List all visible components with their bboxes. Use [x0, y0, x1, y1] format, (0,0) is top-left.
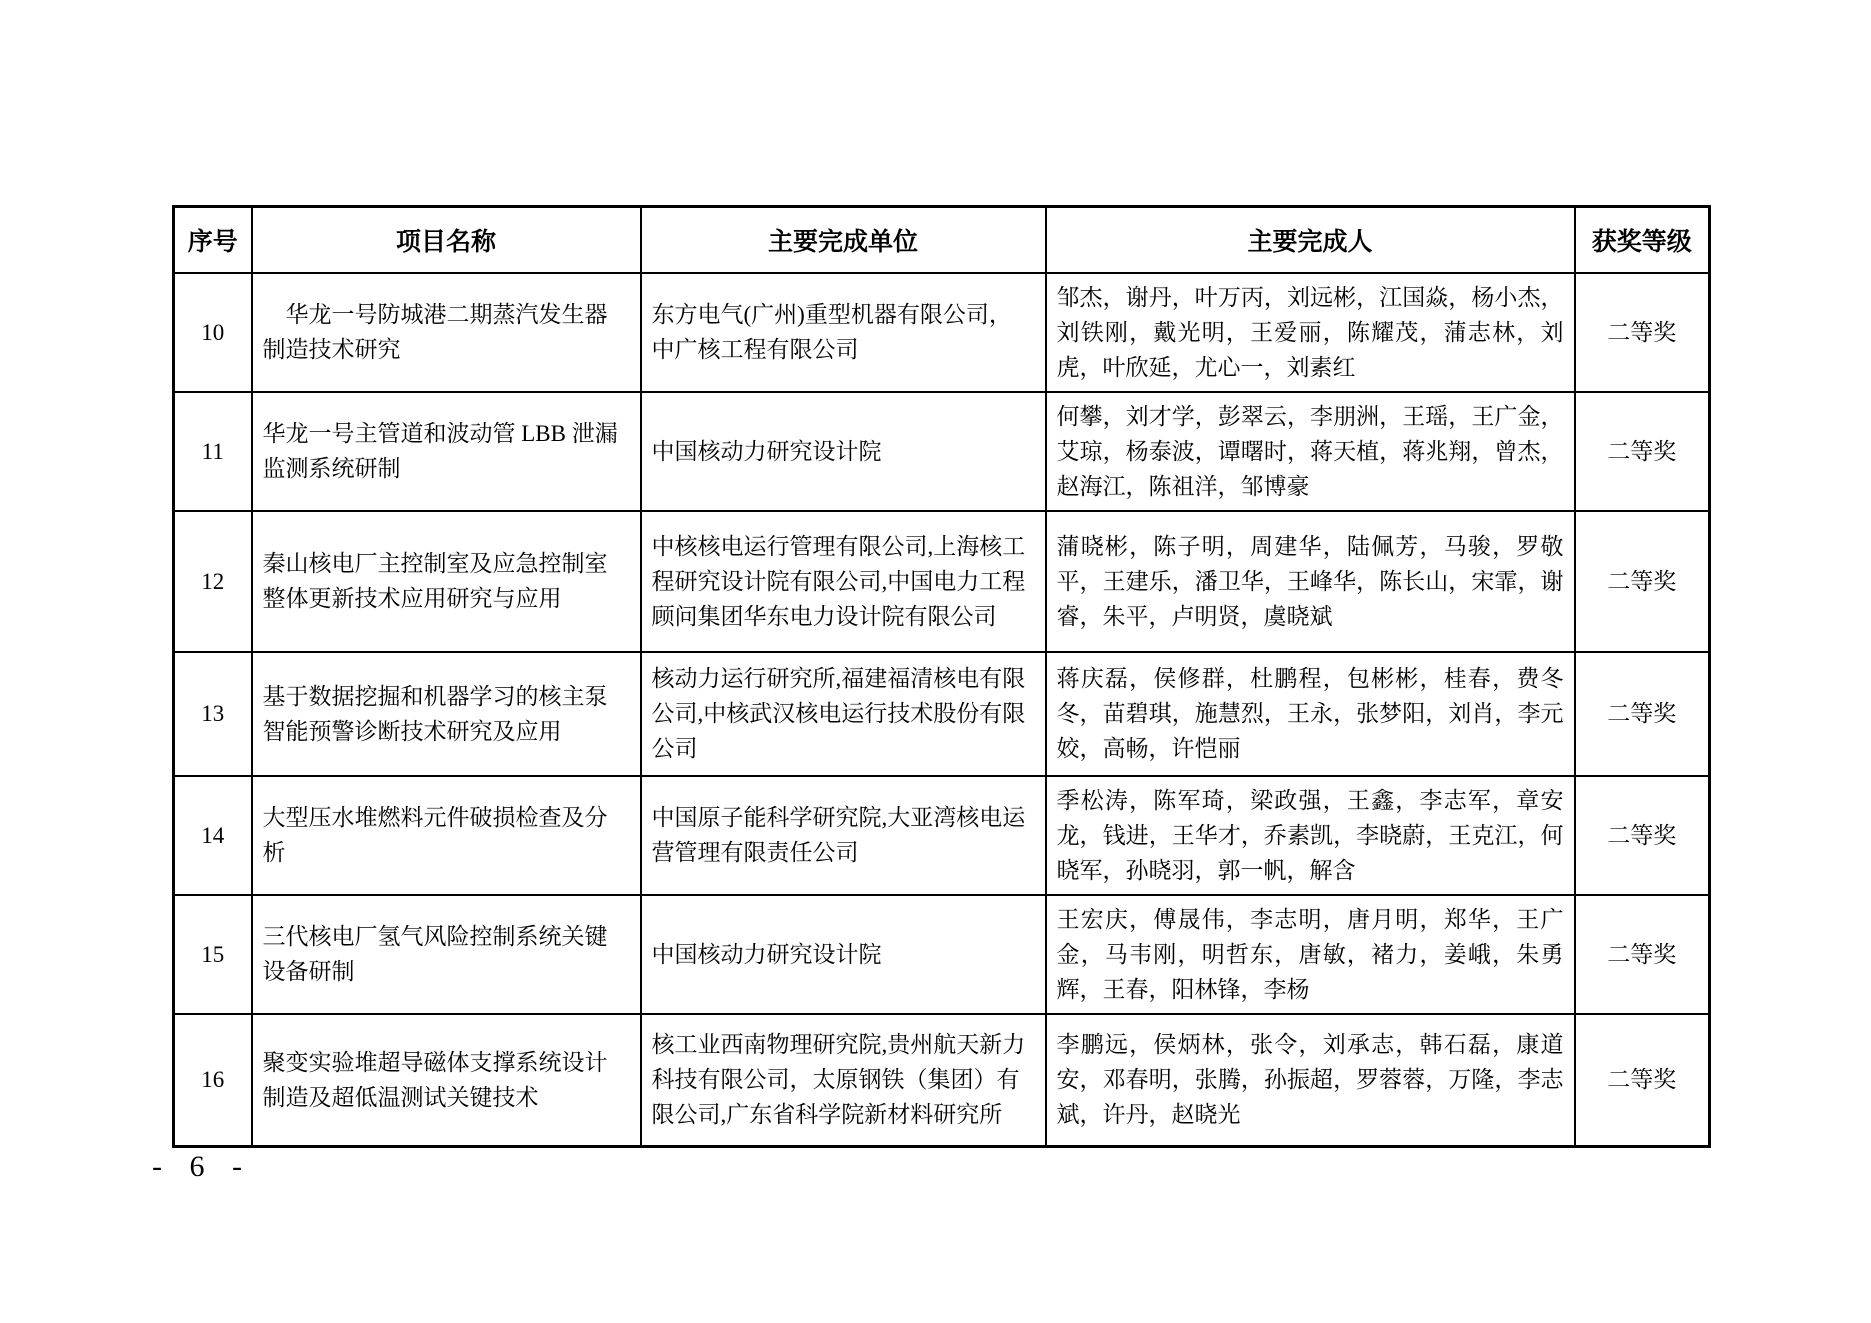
- main-units: 中国核动力研究设计院: [641, 895, 1046, 1014]
- serial-number: 12: [174, 511, 252, 652]
- award-level: 二等奖: [1575, 652, 1710, 776]
- main-contributors: 季松涛，陈军琦，梁政强，王鑫，李志军，章安龙，钱进，王华才，乔素凯，李晓蔚，王克…: [1046, 776, 1575, 895]
- main-contributors: 蒋庆磊，侯修群，杜鹏程，包彬彬，桂春，费冬冬，苗碧琪，施慧烈，王永，张梦阳，刘肖…: [1046, 652, 1575, 776]
- table-row: 10 华龙一号防城港二期蒸汽发生器制造技术研究 东方电气(广州)重型机器有限公司…: [174, 273, 1710, 392]
- main-contributors: 李鹏远，侯炳林，张令，刘承志，韩石磊，康道安，邓春明，张腾，孙振超，罗蓉蓉，万隆…: [1046, 1014, 1575, 1147]
- project-name: 基于数据挖掘和机器学习的核主泵智能预警诊断技术研究及应用: [252, 652, 641, 776]
- table-row: 11 华龙一号主管道和波动管 LBB 泄漏监测系统研制 中国核动力研究设计院 何…: [174, 392, 1710, 511]
- header-project-name: 项目名称: [252, 207, 641, 273]
- main-contributors: 蒲晓彬，陈子明，周建华，陆佩芳，马骏，罗敬平，王建乐，潘卫华，王峰华，陈长山，宋…: [1046, 511, 1575, 652]
- main-units: 中国核动力研究设计院: [641, 392, 1046, 511]
- main-units: 核动力运行研究所,福建福清核电有限公司,中核武汉核电运行技术股份有限公司: [641, 652, 1046, 776]
- table-row: 13 基于数据挖掘和机器学习的核主泵智能预警诊断技术研究及应用 核动力运行研究所…: [174, 652, 1710, 776]
- document-page: 序号 项目名称 主要完成单位 主要完成人 获奖等级 10 华龙一号防城港二期蒸汽…: [0, 0, 1871, 1323]
- table-row: 14 大型压水堆燃料元件破损检查及分析 中国原子能科学研究院,大亚湾核电运营管理…: [174, 776, 1710, 895]
- award-level: 二等奖: [1575, 511, 1710, 652]
- table-row: 12 秦山核电厂主控制室及应急控制室整体更新技术应用研究与应用 中核核电运行管理…: [174, 511, 1710, 652]
- main-contributors: 王宏庆，傅晟伟，李志明，唐月明，郑华，王广金，马韦刚，明哲东，唐敏，褚力，姜峨，…: [1046, 895, 1575, 1014]
- serial-number: 14: [174, 776, 252, 895]
- awards-table: 序号 项目名称 主要完成单位 主要完成人 获奖等级 10 华龙一号防城港二期蒸汽…: [172, 205, 1711, 1148]
- main-units: 中核核电运行管理有限公司,上海核工程研究设计院有限公司,中国电力工程顾问集团华东…: [641, 511, 1046, 652]
- header-award-level: 获奖等级: [1575, 207, 1710, 273]
- main-units: 核工业西南物理研究院,贵州航天新力科技有限公司，太原钢铁（集团）有限公司,广东省…: [641, 1014, 1046, 1147]
- header-main-contributors: 主要完成人: [1046, 207, 1575, 273]
- main-units: 东方电气(广州)重型机器有限公司，中广核工程有限公司: [641, 273, 1046, 392]
- project-name: 大型压水堆燃料元件破损检查及分析: [252, 776, 641, 895]
- award-level: 二等奖: [1575, 895, 1710, 1014]
- table-header-row: 序号 项目名称 主要完成单位 主要完成人 获奖等级: [174, 207, 1710, 273]
- serial-number: 16: [174, 1014, 252, 1147]
- main-contributors: 邹杰，谢丹，叶万丙，刘远彬，江国焱，杨小杰，刘铁刚，戴光明，王爱丽，陈耀茂，蒲志…: [1046, 273, 1575, 392]
- project-name: 秦山核电厂主控制室及应急控制室整体更新技术应用研究与应用: [252, 511, 641, 652]
- main-units: 中国原子能科学研究院,大亚湾核电运营管理有限责任公司: [641, 776, 1046, 895]
- award-level: 二等奖: [1575, 273, 1710, 392]
- project-name: 华龙一号防城港二期蒸汽发生器制造技术研究: [252, 273, 641, 392]
- header-serial-number: 序号: [174, 207, 252, 273]
- project-name: 华龙一号主管道和波动管 LBB 泄漏监测系统研制: [252, 392, 641, 511]
- table-row: 16 聚变实验堆超导磁体支撑系统设计制造及超低温测试关键技术 核工业西南物理研究…: [174, 1014, 1710, 1147]
- main-contributors: 何攀，刘才学，彭翠云，李朋洲，王瑶，王广金，艾琼，杨泰波，谭曙时，蒋天植，蒋兆翔…: [1046, 392, 1575, 511]
- award-level: 二等奖: [1575, 392, 1710, 511]
- page-number: - 6 -: [152, 1150, 252, 1184]
- award-level: 二等奖: [1575, 1014, 1710, 1147]
- serial-number: 13: [174, 652, 252, 776]
- serial-number: 10: [174, 273, 252, 392]
- project-name: 聚变实验堆超导磁体支撑系统设计制造及超低温测试关键技术: [252, 1014, 641, 1147]
- header-main-units: 主要完成单位: [641, 207, 1046, 273]
- table-row: 15 三代核电厂氢气风险控制系统关键设备研制 中国核动力研究设计院 王宏庆，傅晟…: [174, 895, 1710, 1014]
- project-name: 三代核电厂氢气风险控制系统关键设备研制: [252, 895, 641, 1014]
- serial-number: 11: [174, 392, 252, 511]
- award-level: 二等奖: [1575, 776, 1710, 895]
- serial-number: 15: [174, 895, 252, 1014]
